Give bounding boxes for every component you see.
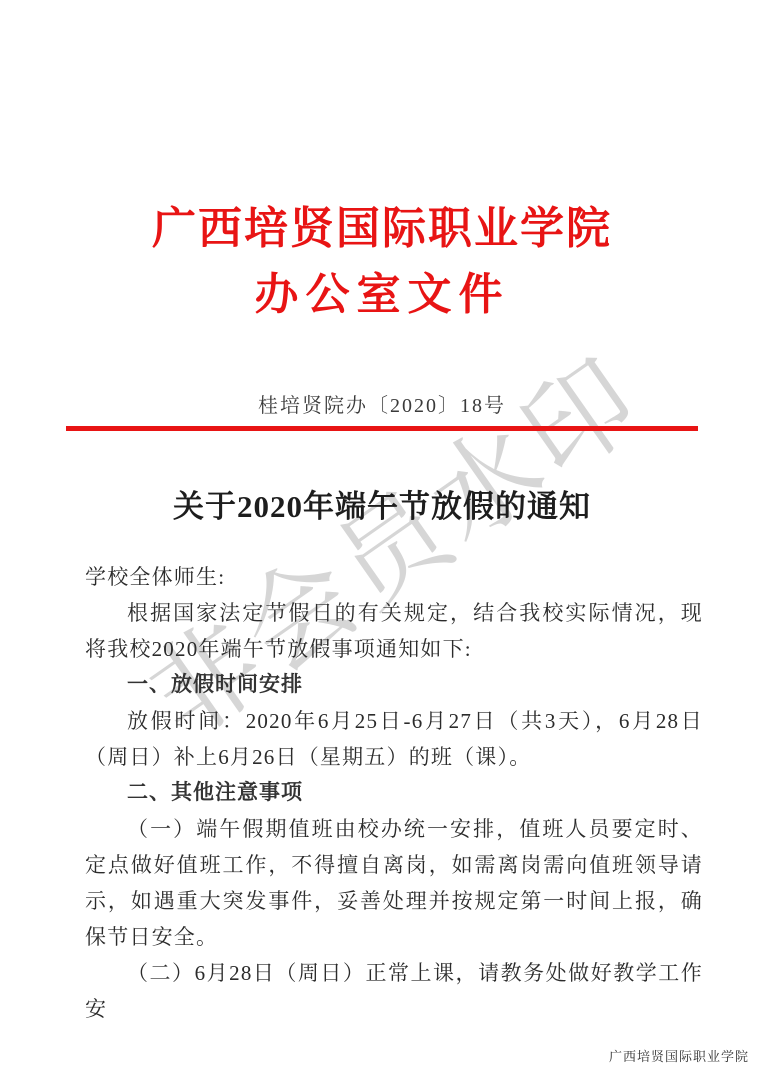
footer-org-name: 广西培贤国际职业学院 bbox=[609, 1046, 749, 1065]
body-paragraph-intro: 根据国家法定节假日的有关规定，结合我校实际情况，现将我校2020年端午节放假事项… bbox=[85, 595, 703, 667]
salutation-line: 学校全体师生: bbox=[85, 559, 703, 595]
document-number: 桂培贤院办〔2020〕18号 bbox=[0, 392, 764, 420]
body-paragraph-classes: （二）6月28日（周日）正常上课，请教务处做好教学工作安 bbox=[85, 955, 703, 1027]
letterhead: 广西培贤国际职业学院 办公室文件 bbox=[0, 0, 764, 328]
letterhead-doc-type: 办公室文件 bbox=[0, 262, 764, 328]
section-heading-2: 二、其他注意事项 bbox=[85, 775, 703, 811]
document-content: 广西培贤国际职业学院 办公室文件 桂培贤院办〔2020〕18号 关于2020年端… bbox=[0, 0, 764, 1027]
letterhead-org-name: 广西培贤国际职业学院 bbox=[0, 196, 764, 262]
red-divider-rule bbox=[66, 426, 698, 431]
notice-title: 关于2020年端午节放假的通知 bbox=[0, 487, 764, 527]
notice-body: 学校全体师生: 根据国家法定节假日的有关规定，结合我校实际情况，现将我校2020… bbox=[85, 559, 703, 1027]
section-heading-1: 一、放假时间安排 bbox=[85, 667, 703, 703]
body-paragraph-duty: （一）端午假期值班由校办统一安排，值班人员要定时、定点做好值班工作，不得擅自离岗… bbox=[85, 811, 703, 955]
notice-document-page: 非会员水印 广西培贤国际职业学院 办公室文件 桂培贤院办〔2020〕18号 关于… bbox=[0, 0, 764, 1080]
body-paragraph-holiday-time: 放假时间：2020年6月25日-6月27日（共3天），6月28日（周日）补上6月… bbox=[85, 703, 703, 775]
